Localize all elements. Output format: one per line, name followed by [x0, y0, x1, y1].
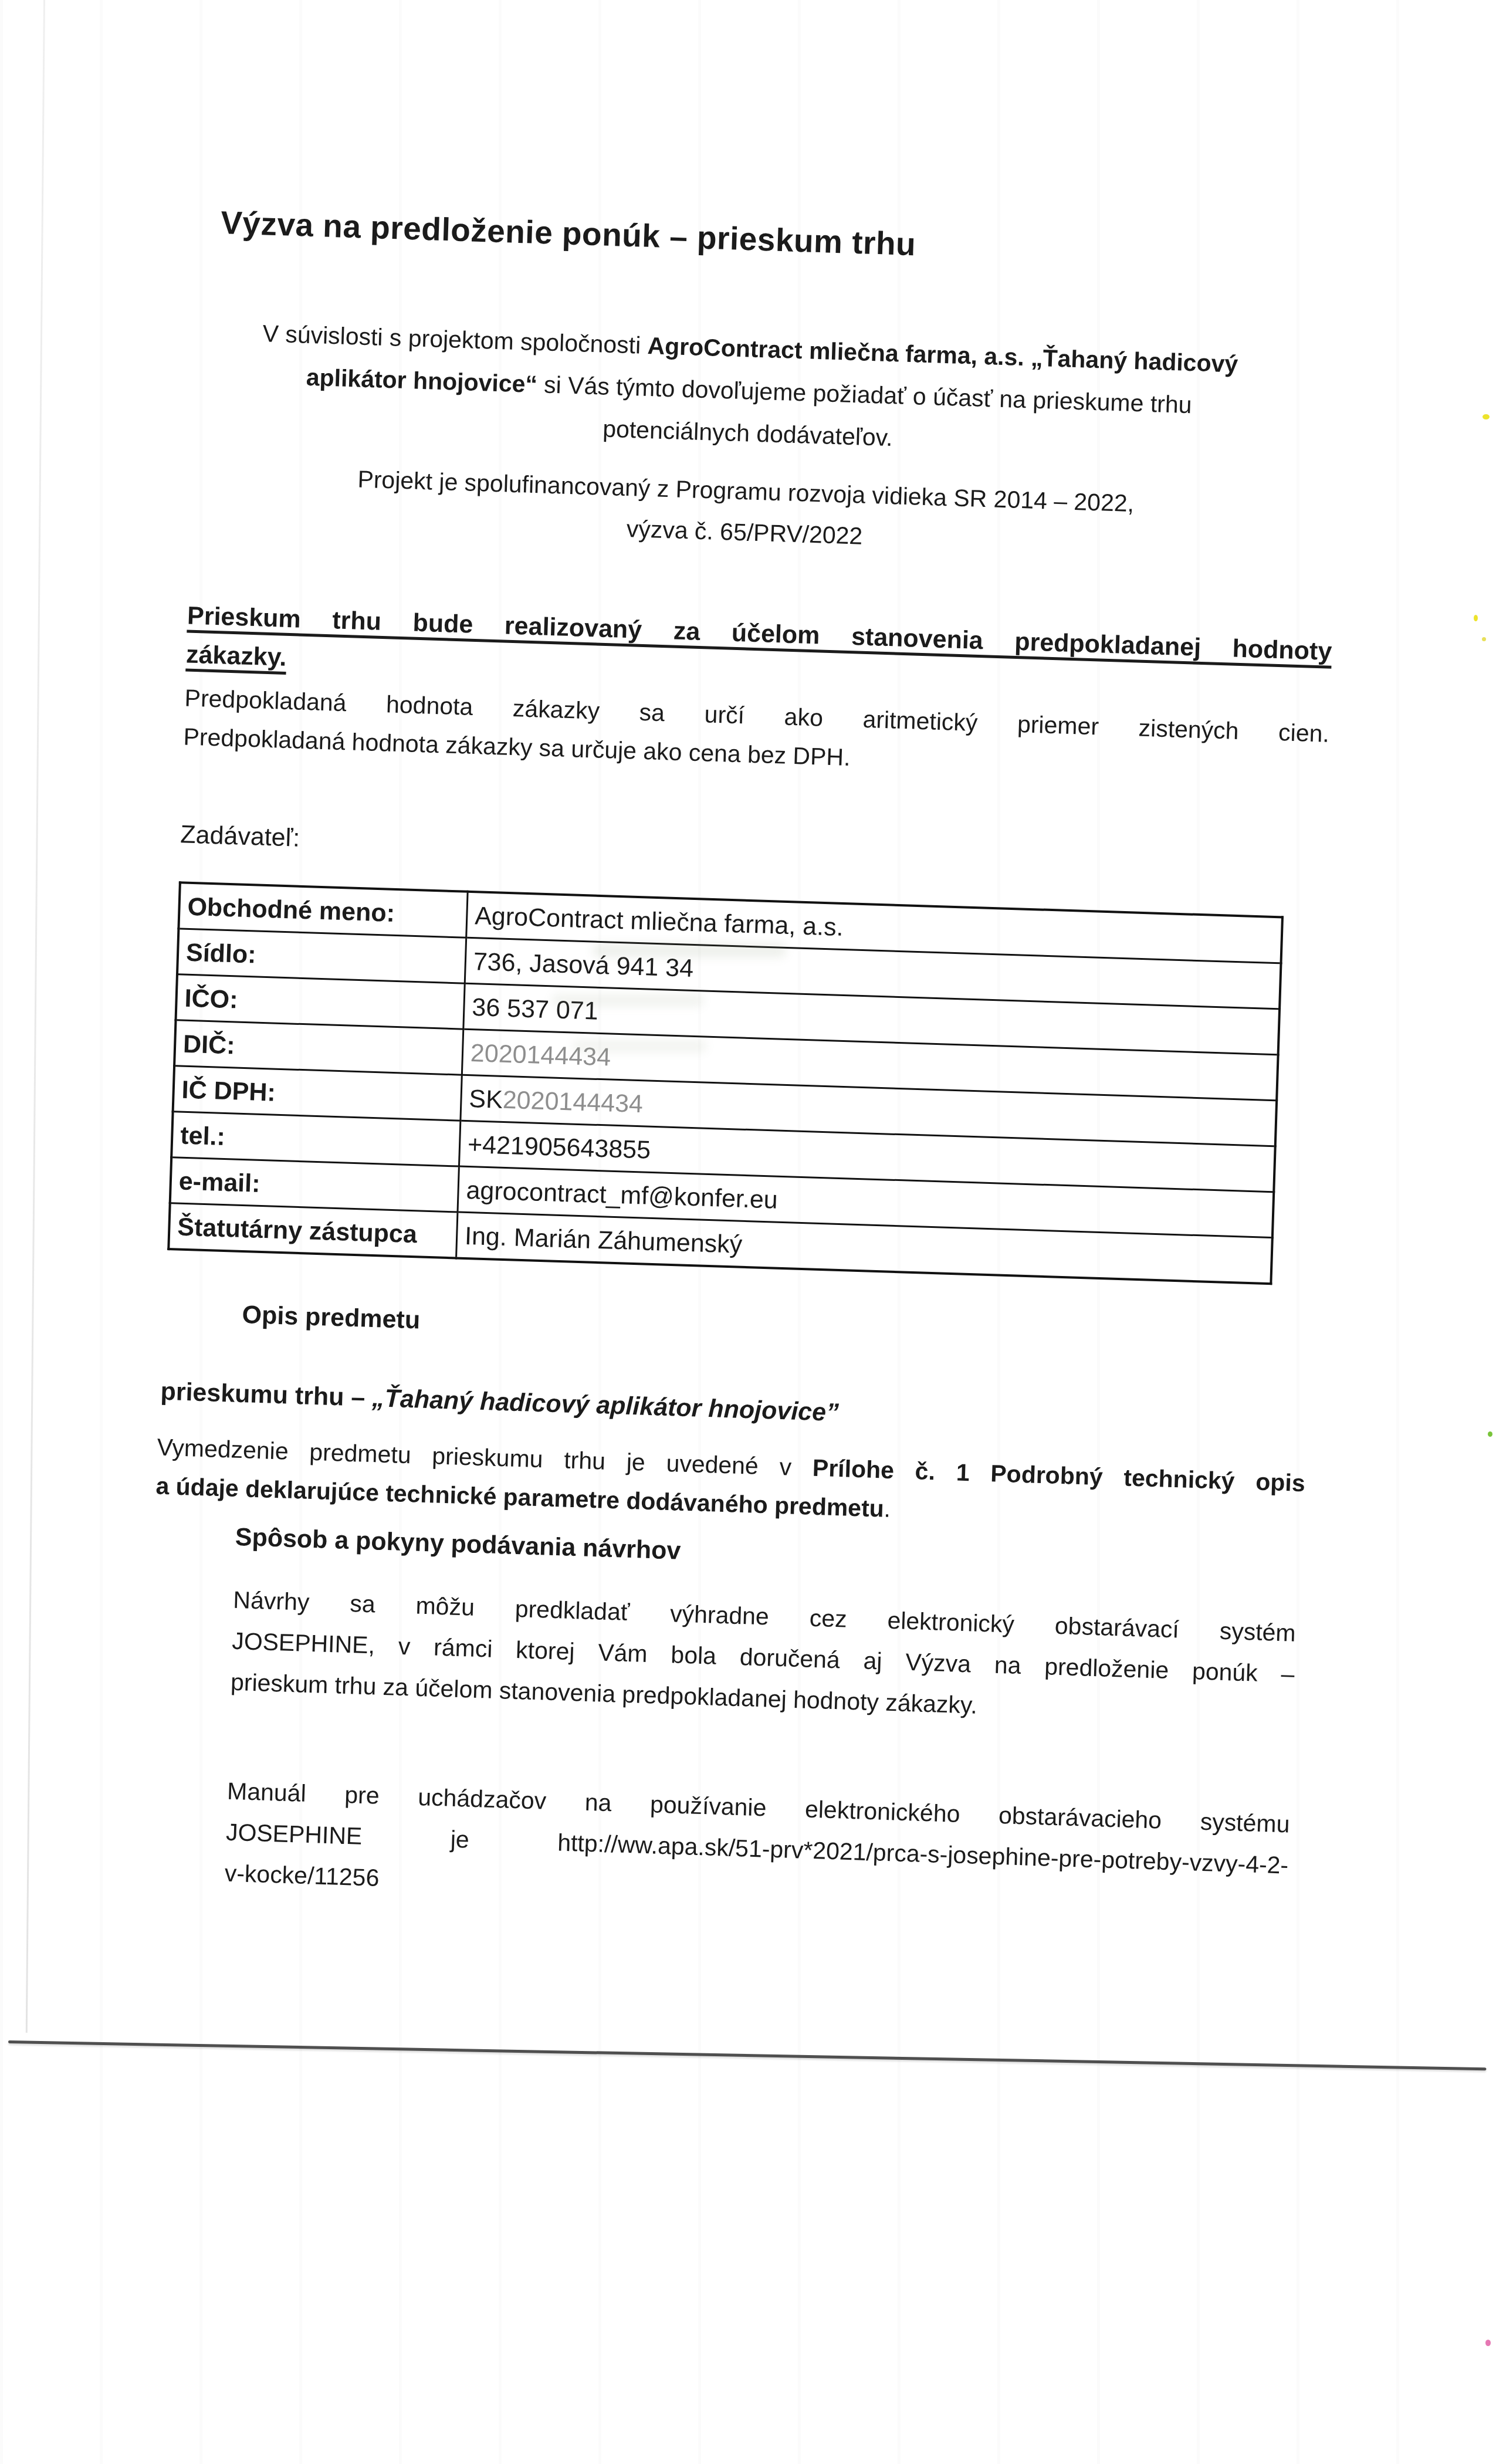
subject-heading: Opis predmetu — [242, 1301, 421, 1335]
subject-paragraph: Vymedzenie predmetu prieskumu trhu je uv… — [155, 1428, 1306, 1541]
bleed-smudge — [572, 1040, 707, 1052]
scan-artifact-yellow — [1483, 414, 1490, 419]
text-segment: prieskumu trhu – — [160, 1377, 373, 1412]
text-segment: výzva č. 65/PRV/2022 — [626, 515, 863, 550]
scan-artifact-green — [1488, 1431, 1492, 1437]
text-segment: V súvislosti s projektom spoločnosti — [262, 320, 648, 359]
bleed-smudge — [593, 943, 786, 957]
funding-paragraph: Projekt je spolufinancovaný z Programu r… — [189, 453, 1300, 570]
scan-artifact-pink — [1485, 2340, 1491, 2346]
text-segment: SK — [469, 1085, 503, 1114]
document-content: Výzva na predloženie ponúk – prieskum tr… — [0, 0, 1495, 2099]
row-label: Obchodné meno: — [178, 882, 468, 937]
submission-heading: Spôsob a pokyny podávania návrhov — [235, 1523, 681, 1566]
text-segment: aplikátor hnojovice“ — [306, 364, 537, 398]
submission-paragraph-1: Návrhy sa môžu predkladať výhradne cez e… — [230, 1579, 1297, 1736]
contracting-authority-table: Obchodné meno: AgroContract mliečna farm… — [167, 881, 1284, 1285]
intro-paragraph: V súvislosti s projektom spoločnosti Agr… — [193, 310, 1305, 472]
subject-subheading: prieskumu trhu – „Ťahaný hadicový apliká… — [160, 1377, 839, 1427]
contracting-authority-label: Zadávateľ: — [180, 820, 300, 852]
row-label: Štatutárny zástupca — [168, 1203, 458, 1258]
scan-artifact-yellow — [1482, 637, 1486, 641]
scan-artifact-yellow — [1474, 615, 1478, 621]
scanned-document-page: Výzva na predloženie ponúk – prieskum tr… — [0, 0, 1496, 2464]
text-segment: „Ťahaný hadicový aplikátor hnojovice” — [372, 1384, 840, 1427]
text-segment: potenciálnych dodávateľov. — [603, 415, 893, 452]
text-segment: 2020144434 — [502, 1086, 644, 1118]
document-title: Výzva na predloženie ponúk – prieskum tr… — [220, 204, 916, 263]
submission-paragraph-2: Manuál pre uchádzačov na používanie elek… — [224, 1771, 1291, 1927]
bleed-smudge — [551, 994, 704, 1007]
text-segment: . — [884, 1495, 891, 1522]
